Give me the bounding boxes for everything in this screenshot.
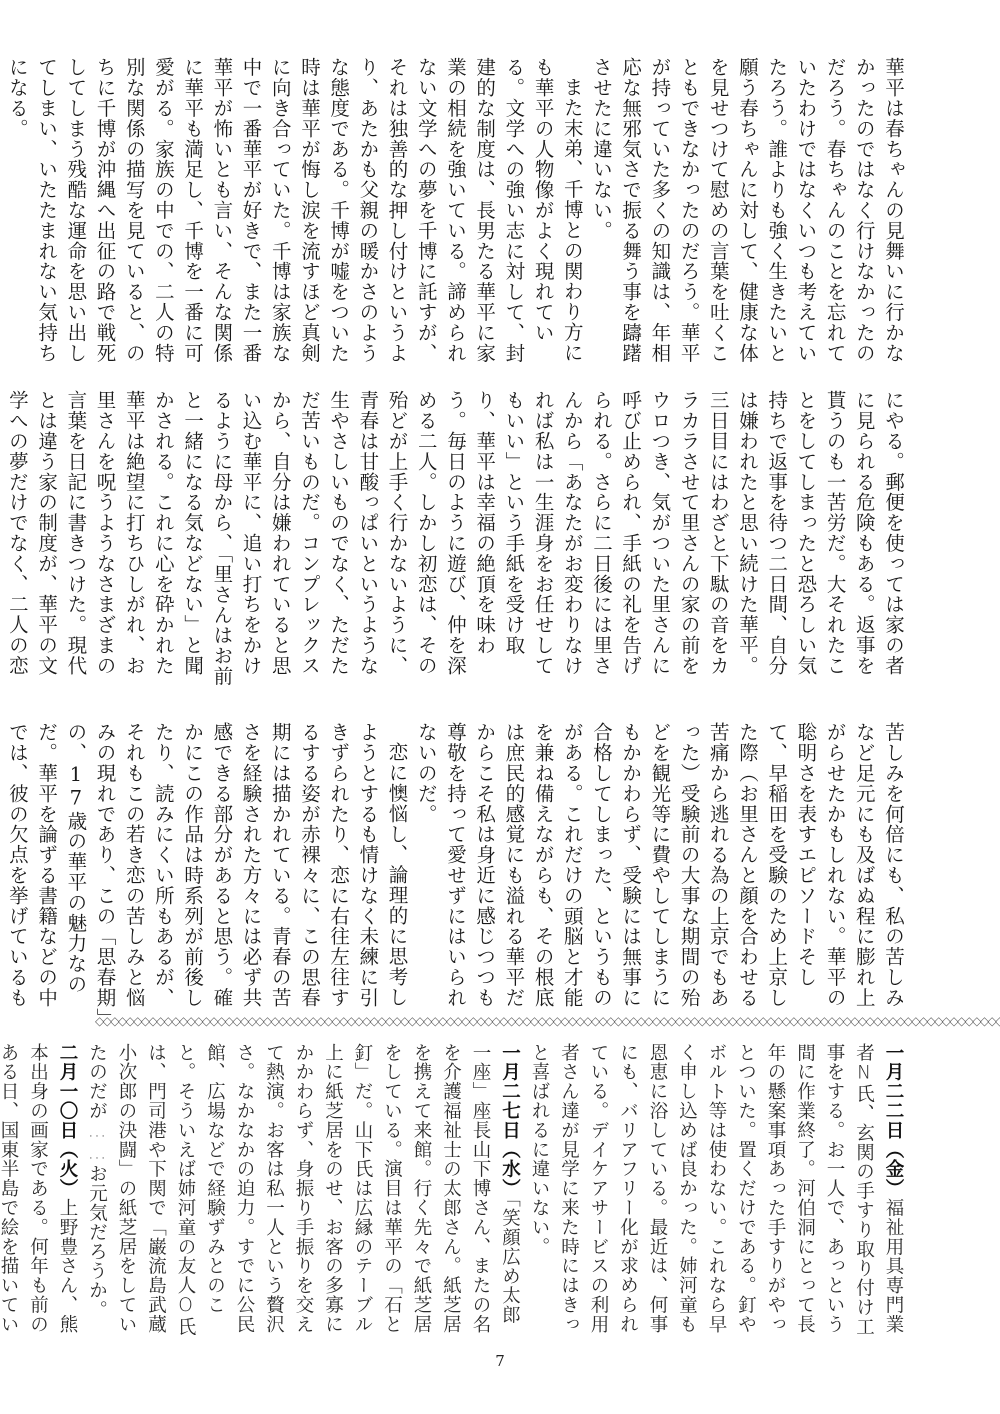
essay-paragraph: 華平は春ちゃんの見舞いに行かなかったのではなく行けなかったのだろう。春ちゃんのこ…: [587, 57, 908, 377]
essay-section-middle: にやる。郵便を使っては家の者に見られる危険もある。返事を貰うのも一苦労だ。大それ…: [93, 390, 908, 690]
diary-entry-text: 「笑顔広め太郎一座」座長山下博さん、またの名を介護福祉士の太郎さん。紙芝居を携え…: [87, 1043, 521, 1337]
essay-section-top: 華平は春ちゃんの見舞いに行かなかったのではなく行けなかったのだろう。春ちゃんのこ…: [93, 57, 908, 377]
diary-entry-date: 一月二七日（水）: [500, 1043, 521, 1198]
essay-section-bottom: 苦しみを何倍にも、私の苦しみなど足元にも及ばぬ程に膨れ上がらせたかもしれない。華…: [93, 722, 908, 1022]
essay-paragraph: さて、思春期のメインテーマは、近所に住んでいた2歳年上の少女お里さんとの恋愛だ。…: [0, 57, 3, 377]
essay-paragraph: また末弟、千博との関わり方にも華平の人物像がよく現れている。文学への強い志に対し…: [3, 57, 587, 377]
essay-paragraph: 恋に懊悩し、論理的に思考しようとするも情けなく未練に引きずられたり、恋に右往左往…: [0, 722, 412, 1022]
diary-entry: 一月二二日（金）福祉用具専門業者N氏、玄関の手すり取り付け工事をする。お一人で、…: [525, 1043, 909, 1343]
diary-section: 一月二二日（金）福祉用具専門業者N氏、玄関の手すり取り付け工事をする。お一人で、…: [93, 1043, 908, 1343]
diary-entry-date: 一月二二日（金）: [883, 1043, 904, 1198]
essay-paragraph: にやる。郵便を使っては家の者に見られる危険もある。返事を貰うのも一苦労だ。大それ…: [0, 390, 908, 690]
essay-paragraph: 苦しみを何倍にも、私の苦しみなど足元にも及ばぬ程に膨れ上がらせたかもしれない。華…: [412, 722, 908, 1022]
diary-entry: 一月二七日（水）「笑顔広め太郎一座」座長山下博さん、またの名を介護福祉士の太郎さ…: [82, 1043, 525, 1343]
page-number: 7: [490, 1352, 510, 1370]
diary-entry-date: 二月一〇日（火）: [57, 1043, 78, 1198]
diary-entry: 二月一〇日（火）上野豊さん、熊本出身の画家である。何年も前のある日、国東半島で絵…: [0, 1043, 82, 1343]
diamond-divider: ◇◇◇◇◇◇◇◇◇◇◇◇◇◇◇◇◇◇◇◇◇◇◇◇◇◇◇◇◇◇◇◇◇◇◇◇◇◇◇◇…: [95, 1014, 1000, 1028]
diary-entry-text: 福祉用具専門業者N氏、玄関の手すり取り付け工事をする。お一人で、あっという間に作…: [529, 1043, 904, 1337]
